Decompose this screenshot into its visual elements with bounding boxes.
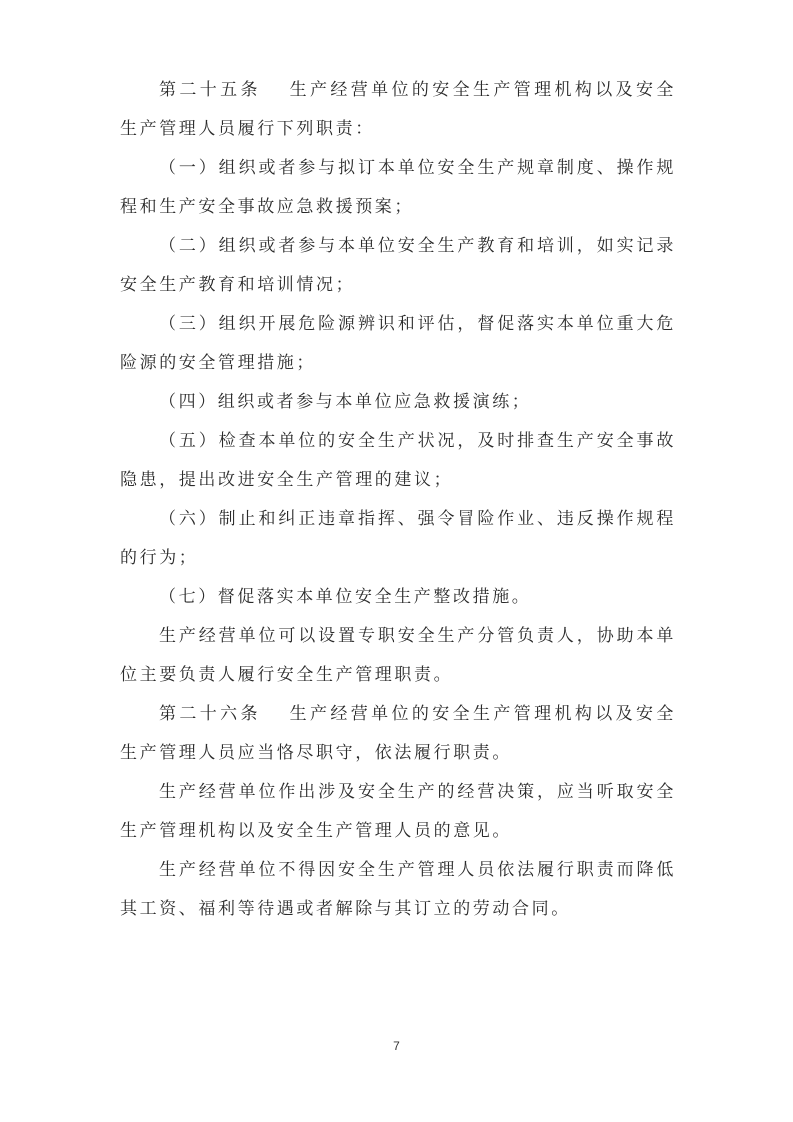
page-number: 7 [0,1039,793,1053]
article-number: 第二十五条 [159,80,261,100]
article-26-paragraph: 第二十六条生产经营单位的安全生产管理机构以及安全生产管理人员应当恪尽职守，依法履… [120,695,676,773]
document-page: 第二十五条生产经营单位的安全生产管理机构以及安全生产管理人员履行下列职责： （一… [120,71,676,929]
duty-item-2: （二）组织或者参与本单位安全生产教育和培训，如实记录安全生产教育和培训情况； [120,227,676,305]
duty-item-1: （一）组织或者参与拟订本单位安全生产规章制度、操作规程和生产安全事故应急救援预案… [120,149,676,227]
article-number: 第二十六条 [159,704,261,724]
duty-item-5: （五）检查本单位的安全生产状况，及时排查生产安全事故隐患，提出改进安全生产管理的… [120,422,676,500]
duty-item-7: （七）督促落实本单位安全生产整改措施。 [120,578,676,617]
body-paragraph: 生产经营单位不得因安全生产管理人员依法履行职责而降低其工资、福利等待遇或者解除与… [120,851,676,929]
article-25-paragraph: 第二十五条生产经营单位的安全生产管理机构以及安全生产管理人员履行下列职责： [120,71,676,149]
duty-item-4: （四）组织或者参与本单位应急救援演练； [120,383,676,422]
duty-item-3: （三）组织开展危险源辨识和评估，督促落实本单位重大危险源的安全管理措施； [120,305,676,383]
duty-item-6: （六）制止和纠正违章指挥、强令冒险作业、违反操作规程的行为； [120,500,676,578]
body-paragraph: 生产经营单位可以设置专职安全生产分管负责人，协助本单位主要负责人履行安全生产管理… [120,617,676,695]
body-paragraph: 生产经营单位作出涉及安全生产的经营决策，应当听取安全生产管理机构以及安全生产管理… [120,773,676,851]
